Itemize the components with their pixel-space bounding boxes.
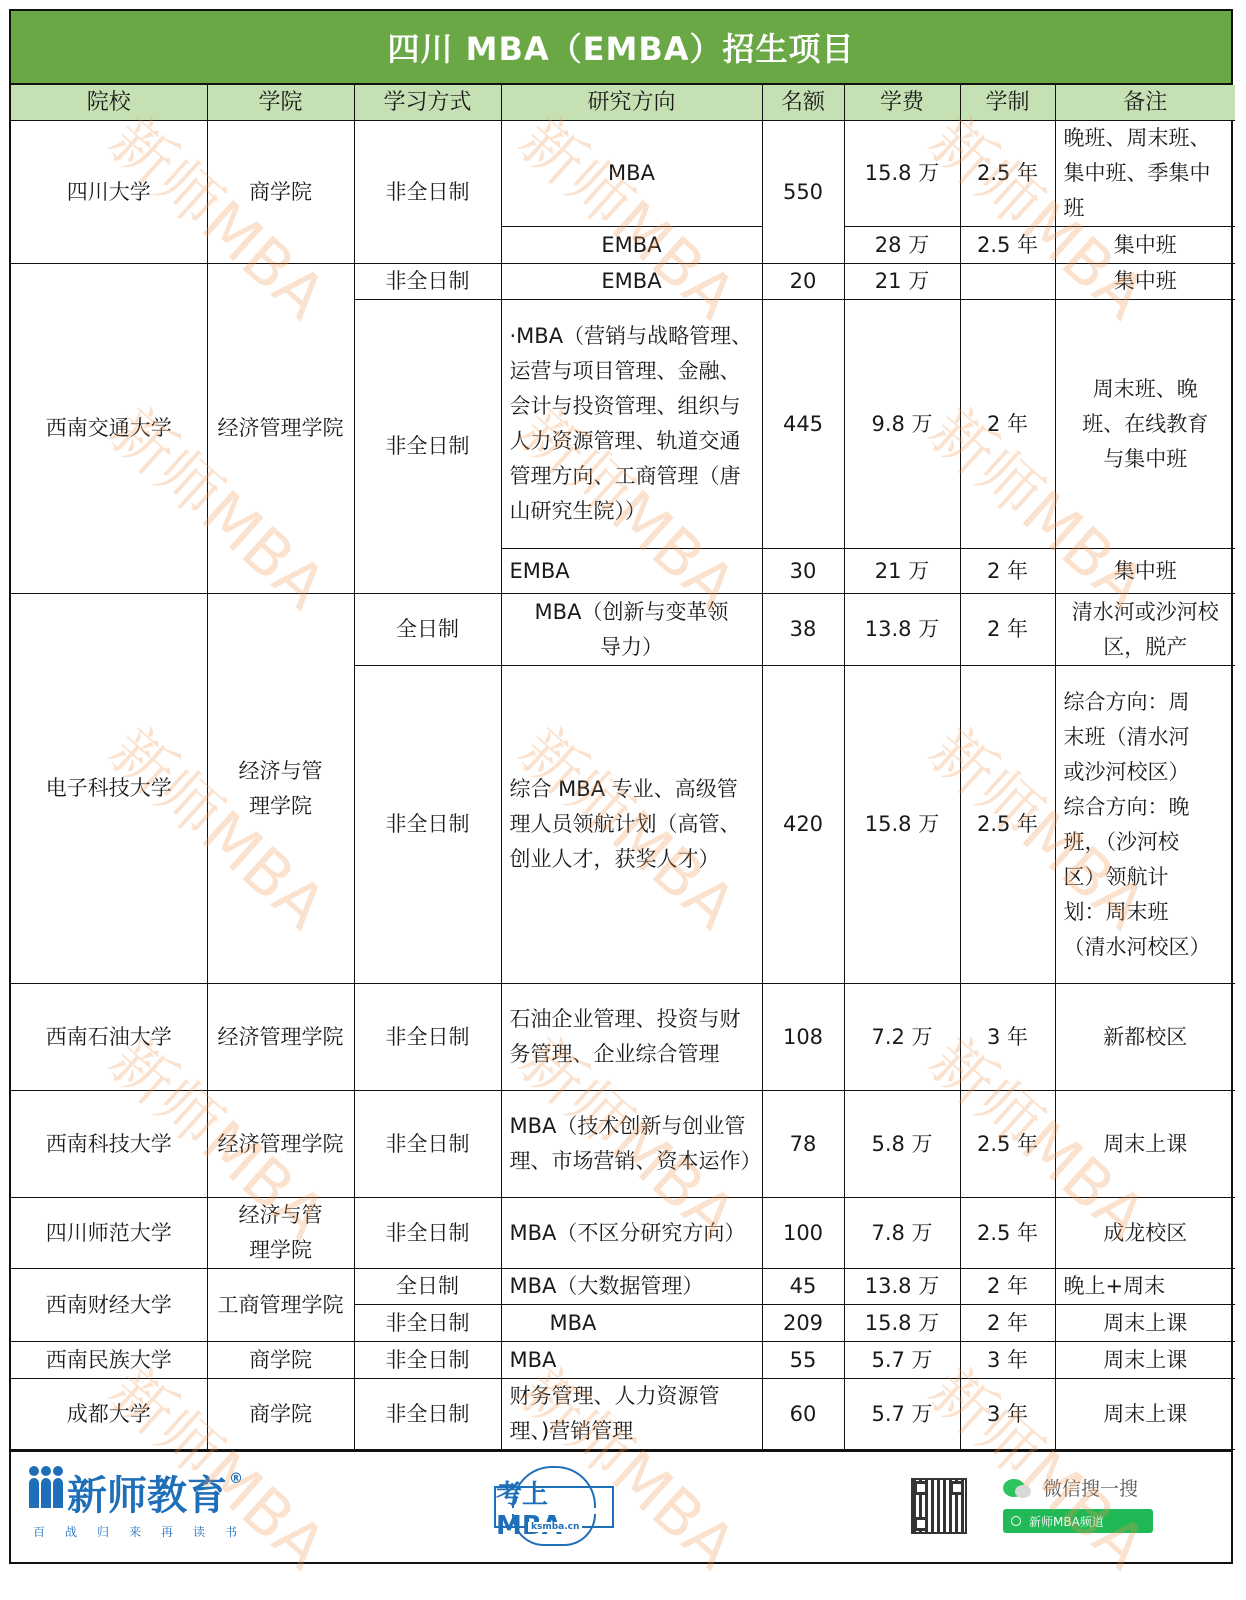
mode-cell: 非全日制 bbox=[354, 666, 501, 984]
duration-cell: 2 年 bbox=[960, 1305, 1055, 1342]
direction-cell: 综合 MBA 专业、高级管理人员领航计划（高管、创业人才，获奖人才） bbox=[501, 666, 762, 984]
direction-cell: EMBA bbox=[501, 227, 762, 264]
fee-cell: 21 万 bbox=[844, 549, 960, 594]
duration-cell: 2.5 年 bbox=[960, 666, 1055, 984]
direction-cell: MBA bbox=[501, 1305, 762, 1342]
note-cell: 清水河或沙河校区，脱产 bbox=[1055, 594, 1235, 666]
college-cell: 经济管理学院 bbox=[207, 984, 354, 1091]
quota-cell: 60 bbox=[762, 1379, 844, 1450]
registered-mark: ® bbox=[229, 1471, 243, 1487]
college-cell: 商学院 bbox=[207, 1379, 354, 1450]
direction-cell: MBA bbox=[501, 121, 762, 227]
direction-cell: MBA（技术创新与创业管理、市场营销、资本运作） bbox=[501, 1091, 762, 1198]
table-row: 四川大学 商学院 非全日制 MBA 550 15.8 万 2.5 年 晚班、周末… bbox=[11, 121, 1235, 227]
table-row: 西南科技大学 经济管理学院 非全日制 MBA（技术创新与创业管理、市场营销、资本… bbox=[11, 1091, 1235, 1198]
header-quota: 名额 bbox=[762, 85, 844, 121]
table-header-row: 院校 学院 学习方式 研究方向 名额 学费 学制 备注 bbox=[11, 85, 1235, 121]
mode-cell: 非全日制 bbox=[354, 1379, 501, 1450]
quota-cell: 55 bbox=[762, 1342, 844, 1379]
duration-cell: 2 年 bbox=[960, 300, 1055, 549]
header-fee: 学费 bbox=[844, 85, 960, 121]
direction-cell: MBA（不区分研究方向） bbox=[501, 1198, 762, 1269]
note-cell: 成龙校区 bbox=[1055, 1198, 1235, 1269]
school-cell: 西南财经大学 bbox=[11, 1269, 207, 1342]
table-row: 西南交通大学 经济管理学院 非全日制 EMBA 20 21 万 集中班 bbox=[11, 264, 1235, 300]
school-cell: 西南科技大学 bbox=[11, 1091, 207, 1198]
table-row: 成都大学 商学院 非全日制 财务管理、人力资源管理、)营销管理 60 5.7 万… bbox=[11, 1379, 1235, 1450]
college-cell: 商学院 bbox=[207, 121, 354, 264]
school-cell: 成都大学 bbox=[11, 1379, 207, 1450]
qr-code-icon bbox=[911, 1478, 967, 1534]
note-cell: 集中班 bbox=[1055, 264, 1235, 300]
fee-cell: 15.8 万 bbox=[844, 1305, 960, 1342]
quota-cell: 45 bbox=[762, 1269, 844, 1305]
duration-cell bbox=[960, 264, 1055, 300]
fee-cell: 28 万 bbox=[844, 227, 960, 264]
direction-cell: MBA bbox=[501, 1342, 762, 1379]
college-cell: 商学院 bbox=[207, 1342, 354, 1379]
mode-cell: 全日制 bbox=[354, 594, 501, 666]
direction-cell: MBA（大数据管理） bbox=[501, 1269, 762, 1305]
header-mode: 学习方式 bbox=[354, 85, 501, 121]
duration-cell: 3 年 bbox=[960, 984, 1055, 1091]
quota-cell: 209 bbox=[762, 1305, 844, 1342]
college-cell: 经济管理学院 bbox=[207, 264, 354, 594]
fee-cell: 7.2 万 bbox=[844, 984, 960, 1091]
note-cell: 周末上课 bbox=[1055, 1379, 1235, 1450]
search-icon bbox=[1011, 1516, 1021, 1526]
mode-cell: 非全日制 bbox=[354, 121, 501, 264]
mode-cell: 非全日制 bbox=[354, 1342, 501, 1379]
page-title: 四川 MBA（EMBA）招生项目 bbox=[11, 11, 1231, 85]
duration-cell: 2 年 bbox=[960, 1269, 1055, 1305]
fee-cell: 5.7 万 bbox=[844, 1379, 960, 1450]
wechat-search-button[interactable]: 新师MBA频道 bbox=[1003, 1509, 1153, 1533]
college-cell: 经济与管理学院 bbox=[207, 594, 354, 984]
duration-cell: 3 年 bbox=[960, 1379, 1055, 1450]
footer: 新师教育 ® 百战归来再读书 考上MBA ksmba.cn 微信搜一搜 新师MB… bbox=[11, 1450, 1231, 1562]
brand-logo: 新师教育 ® 百战归来再读书 bbox=[29, 1464, 257, 1540]
fee-cell: 21 万 bbox=[844, 264, 960, 300]
header-duration: 学制 bbox=[960, 85, 1055, 121]
note-cell: 集中班 bbox=[1055, 549, 1235, 594]
school-cell: 西南石油大学 bbox=[11, 984, 207, 1091]
fee-cell: 13.8 万 bbox=[844, 1269, 960, 1305]
fee-cell: 9.8 万 bbox=[844, 300, 960, 549]
fee-cell: 7.8 万 bbox=[844, 1198, 960, 1269]
quota-cell: 30 bbox=[762, 549, 844, 594]
note-cell: 周末上课 bbox=[1055, 1342, 1235, 1379]
table-row: 电子科技大学 经济与管理学院 全日制 MBA（创新与变革领导力） 38 13.8… bbox=[11, 594, 1235, 666]
college-cell: 经济管理学院 bbox=[207, 1091, 354, 1198]
quota-cell: 550 bbox=[762, 121, 844, 264]
school-cell: 西南民族大学 bbox=[11, 1342, 207, 1379]
wechat-icon bbox=[1003, 1479, 1025, 1497]
note-cell: 晚班、周末班、集中班、季集中班 bbox=[1055, 121, 1235, 227]
fee-cell: 15.8 万 bbox=[844, 121, 960, 227]
duration-cell: 2.5 年 bbox=[960, 227, 1055, 264]
header-school: 院校 bbox=[11, 85, 207, 121]
quota-cell: 100 bbox=[762, 1198, 844, 1269]
people-icon bbox=[29, 1478, 63, 1508]
wechat-label: 微信搜一搜 bbox=[1043, 1474, 1138, 1501]
table-row: 西南石油大学 经济管理学院 非全日制 石油企业管理、投资与财务管理、企业综合管理… bbox=[11, 984, 1235, 1091]
duration-cell: 2 年 bbox=[960, 549, 1055, 594]
table-row: 西南民族大学 商学院 非全日制 MBA 55 5.7 万 3 年 周末上课 bbox=[11, 1342, 1235, 1379]
college-cell: 经济与管理学院 bbox=[207, 1198, 354, 1269]
note-cell: 集中班 bbox=[1055, 227, 1235, 264]
brand-name: 新师教育 bbox=[67, 1464, 227, 1521]
quota-cell: 445 bbox=[762, 300, 844, 549]
mode-cell: 非全日制 bbox=[354, 984, 501, 1091]
note-cell: 周末上课 bbox=[1055, 1305, 1235, 1342]
duration-cell: 2.5 年 bbox=[960, 121, 1055, 227]
duration-cell: 2.5 年 bbox=[960, 1198, 1055, 1269]
mode-cell: 非全日制 bbox=[354, 1198, 501, 1269]
quota-cell: 20 bbox=[762, 264, 844, 300]
fee-cell: 5.7 万 bbox=[844, 1342, 960, 1379]
school-cell: 四川大学 bbox=[11, 121, 207, 264]
brand-slogan: 百战归来再读书 bbox=[33, 1523, 257, 1540]
direction-cell: EMBA bbox=[501, 264, 762, 300]
fee-cell: 15.8 万 bbox=[844, 666, 960, 984]
table-row: 四川师范大学 经济与管理学院 非全日制 MBA（不区分研究方向） 100 7.8… bbox=[11, 1198, 1235, 1269]
wechat-search-text: 新师MBA频道 bbox=[1029, 1513, 1104, 1530]
wechat-search-block: 微信搜一搜 新师MBA频道 bbox=[1003, 1474, 1153, 1533]
direction-cell: 财务管理、人力资源管理、)营销管理 bbox=[501, 1379, 762, 1450]
note-cell: 周末上课 bbox=[1055, 1091, 1235, 1198]
school-cell: 西南交通大学 bbox=[11, 264, 207, 594]
mode-cell: 非全日制 bbox=[354, 300, 501, 594]
mode-cell: 全日制 bbox=[354, 1269, 501, 1305]
direction-cell: 石油企业管理、投资与财务管理、企业综合管理 bbox=[501, 984, 762, 1091]
duration-cell: 2 年 bbox=[960, 594, 1055, 666]
header-college: 学院 bbox=[207, 85, 354, 121]
admissions-table-sheet: 四川 MBA（EMBA）招生项目 院校 学院 学习方式 研究方向 名额 学费 学… bbox=[9, 9, 1233, 1564]
direction-cell: EMBA bbox=[501, 549, 762, 594]
admissions-table: 院校 学院 学习方式 研究方向 名额 学费 学制 备注 四川大学 商学院 非全日… bbox=[11, 85, 1235, 1450]
note-cell: 新都校区 bbox=[1055, 984, 1235, 1091]
quota-cell: 38 bbox=[762, 594, 844, 666]
mode-cell: 非全日制 bbox=[354, 1091, 501, 1198]
note-cell: 周末班、晚班、在线教育与集中班 bbox=[1055, 300, 1235, 549]
college-cell: 工商管理学院 bbox=[207, 1269, 354, 1342]
quota-cell: 78 bbox=[762, 1091, 844, 1198]
duration-cell: 2.5 年 bbox=[960, 1091, 1055, 1198]
fee-cell: 5.8 万 bbox=[844, 1091, 960, 1198]
header-note: 备注 bbox=[1055, 85, 1235, 121]
direction-cell: ·MBA（营销与战略管理、运营与项目管理、金融、会计与投资管理、组织与人力资源管… bbox=[501, 300, 762, 549]
header-direction: 研究方向 bbox=[501, 85, 762, 121]
note-cell: 综合方向：周末班（清水河或沙河校区）综合方向：晚班，（沙河校区）领航计划：周末班… bbox=[1055, 666, 1235, 984]
ksmba-logo: 考上MBA ksmba.cn bbox=[494, 1466, 612, 1546]
quota-cell: 108 bbox=[762, 984, 844, 1091]
ksmba-url: ksmba.cn bbox=[528, 1522, 582, 1532]
mode-cell: 非全日制 bbox=[354, 1305, 501, 1342]
note-cell: 晚上+周末 bbox=[1055, 1269, 1235, 1305]
duration-cell: 3 年 bbox=[960, 1342, 1055, 1379]
direction-cell: MBA（创新与变革领导力） bbox=[501, 594, 762, 666]
table-row: 西南财经大学 工商管理学院 全日制 MBA（大数据管理） 45 13.8 万 2… bbox=[11, 1269, 1235, 1305]
fee-cell: 13.8 万 bbox=[844, 594, 960, 666]
school-cell: 四川师范大学 bbox=[11, 1198, 207, 1269]
quota-cell: 420 bbox=[762, 666, 844, 984]
mode-cell: 非全日制 bbox=[354, 264, 501, 300]
school-cell: 电子科技大学 bbox=[11, 594, 207, 984]
